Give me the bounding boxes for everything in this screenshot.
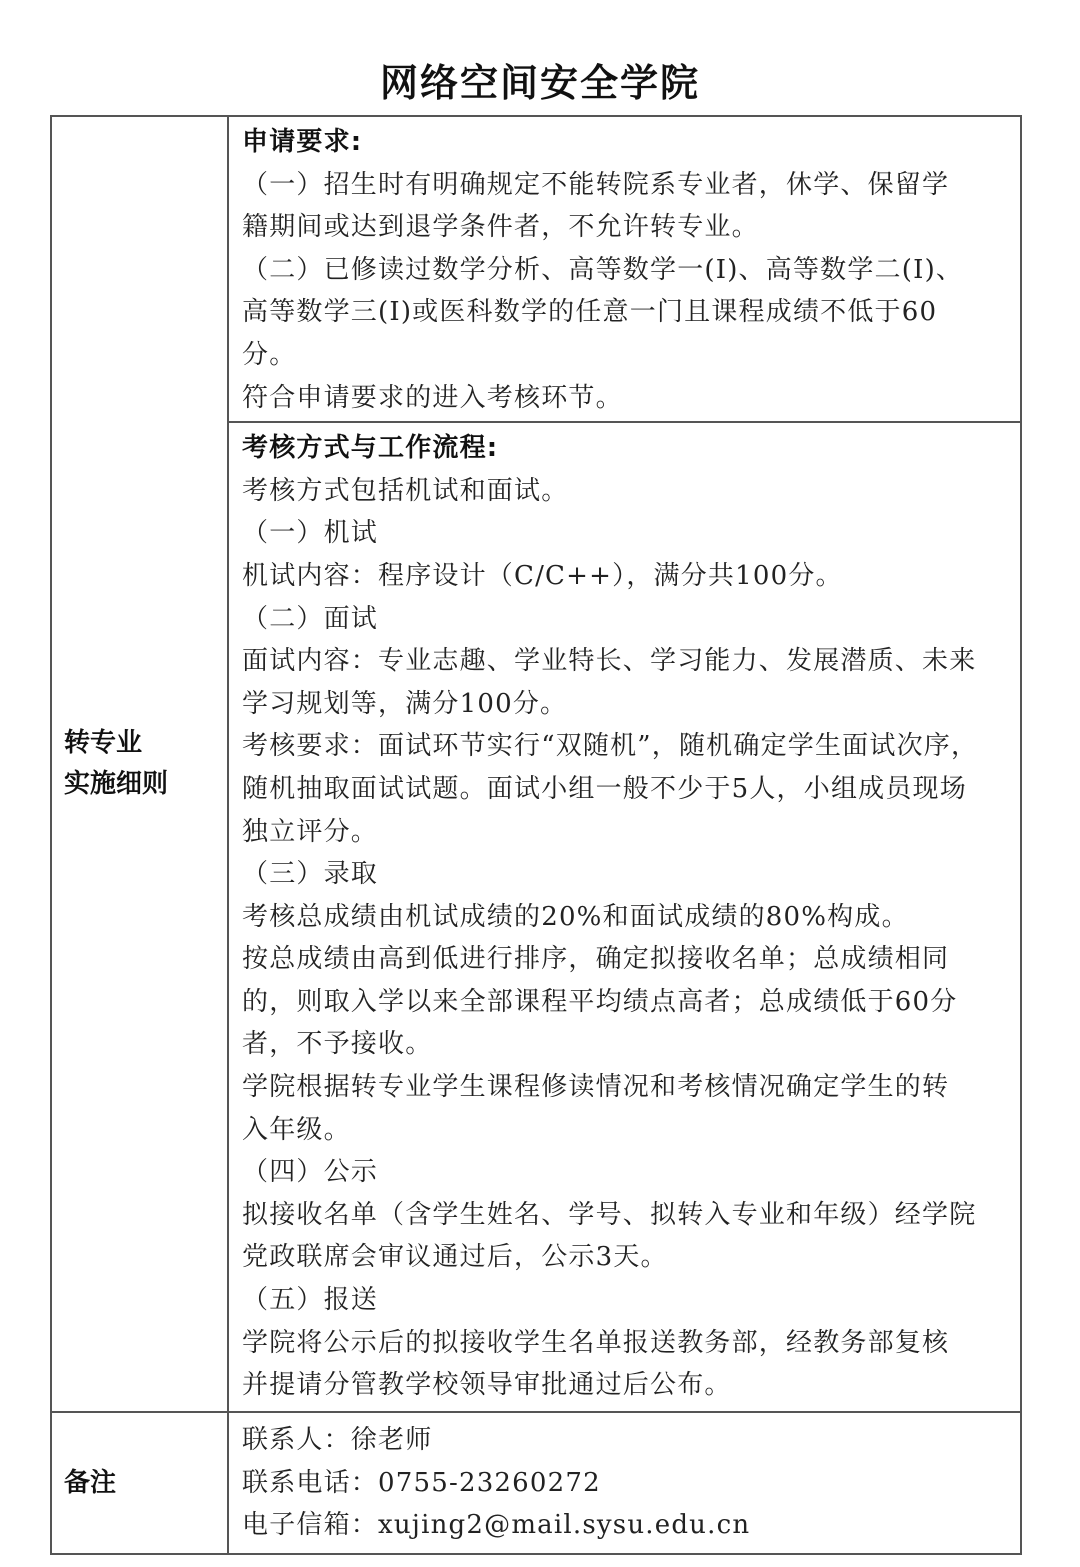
- table-row-remarks: 备注 联系人：徐老师 联系电话：0755-23260272 电子信箱：xujin…: [51, 1412, 1021, 1554]
- assessment-line: 入年级。: [242, 1109, 1010, 1152]
- application-heading: 申请要求:: [242, 121, 1010, 164]
- assessment-heading: 考核方式与工作流程:: [242, 427, 1010, 470]
- contact-phone: 联系电话：0755-23260272: [242, 1462, 1010, 1505]
- assessment-line: 学习规划等，满分100分。: [242, 683, 1010, 726]
- assessment-line: 考核要求：面试环节实行“双随机”，随机确定学生面试次序，: [242, 725, 1010, 768]
- contact-email[interactable]: 电子信箱：xujing2@mail.sysu.edu.cn: [242, 1504, 1010, 1547]
- assessment-line: 按总成绩由高到低进行排序，确定拟接收名单；总成绩相同: [242, 938, 1010, 981]
- contact-person: 联系人：徐老师: [242, 1419, 1010, 1462]
- table-row-application: 转专业 实施细则 申请要求: （一）招生时有明确规定不能转院系专业者，休学、保留…: [51, 116, 1021, 422]
- assessment-line: 拟接收名单（含学生姓名、学号、拟转入专业和年级）经学院: [242, 1194, 1010, 1237]
- assessment-line: （一）机试: [242, 512, 1010, 555]
- assessment-line: 随机抽取面试试题。面试小组一般不少于5人，小组成员现场: [242, 768, 1010, 811]
- application-line: 符合申请要求的进入考核环节。: [242, 377, 1010, 420]
- assessment-line: 面试内容：专业志趣、学业特长、学习能力、发展潜质、未来: [242, 640, 1010, 683]
- assessment-line: 党政联席会审议通过后，公示3天。: [242, 1236, 1010, 1279]
- assessment-line: 学院根据转专业学生课程修读情况和考核情况确定学生的转: [242, 1066, 1010, 1109]
- assessment-line: 者，不予接收。: [242, 1023, 1010, 1066]
- assessment-line: 并提请分管教学校领导审批通过后公布。: [242, 1364, 1010, 1407]
- assessment-line: 独立评分。: [242, 811, 1010, 854]
- assessment-line: 学院将公示后的拟接收学生名单报送教务部，经教务部复核: [242, 1322, 1010, 1365]
- main-label-cell: 转专业 实施细则: [51, 116, 228, 1412]
- application-line: 籍期间或达到退学条件者，不允许转专业。: [242, 206, 1010, 249]
- assessment-line: （四）公示: [242, 1151, 1010, 1194]
- application-line: （一）招生时有明确规定不能转院系专业者，休学、保留学: [242, 164, 1010, 207]
- application-line: 分。: [242, 334, 1010, 377]
- remarks-label-cell: 备注: [51, 1412, 228, 1554]
- assessment-line: 考核总成绩由机试成绩的20%和面试成绩的80%构成。: [242, 896, 1010, 939]
- assessment-process-cell: 考核方式与工作流程: 考核方式包括机试和面试。 （一）机试 机试内容：程序设计（…: [228, 422, 1021, 1412]
- assessment-line: （五）报送: [242, 1279, 1010, 1322]
- assessment-line: 机试内容：程序设计（C/C++），满分共100分。: [242, 555, 1010, 598]
- application-line: （二）已修读过数学分析、高等数学一(I)、高等数学二(I)、: [242, 249, 1010, 292]
- assessment-line: （二）面试: [242, 598, 1010, 641]
- application-requirements-cell: 申请要求: （一）招生时有明确规定不能转院系专业者，休学、保留学 籍期间或达到退…: [228, 116, 1021, 422]
- assessment-line: （三）录取: [242, 853, 1010, 896]
- page-title: 网络空间安全学院: [0, 52, 1080, 107]
- main-label-line-1: 转专业: [64, 723, 227, 764]
- transfer-rules-table: 转专业 实施细则 申请要求: （一）招生时有明确规定不能转院系专业者，休学、保留…: [50, 115, 1022, 1555]
- application-line: 高等数学三(I)或医科数学的任意一门且课程成绩不低于60: [242, 291, 1010, 334]
- assessment-line: 的，则取入学以来全部课程平均绩点高者；总成绩低于60分: [242, 981, 1010, 1024]
- remarks-cell: 联系人：徐老师 联系电话：0755-23260272 电子信箱：xujing2@…: [228, 1412, 1021, 1554]
- main-label-line-2: 实施细则: [64, 764, 227, 805]
- assessment-line: 考核方式包括机试和面试。: [242, 470, 1010, 513]
